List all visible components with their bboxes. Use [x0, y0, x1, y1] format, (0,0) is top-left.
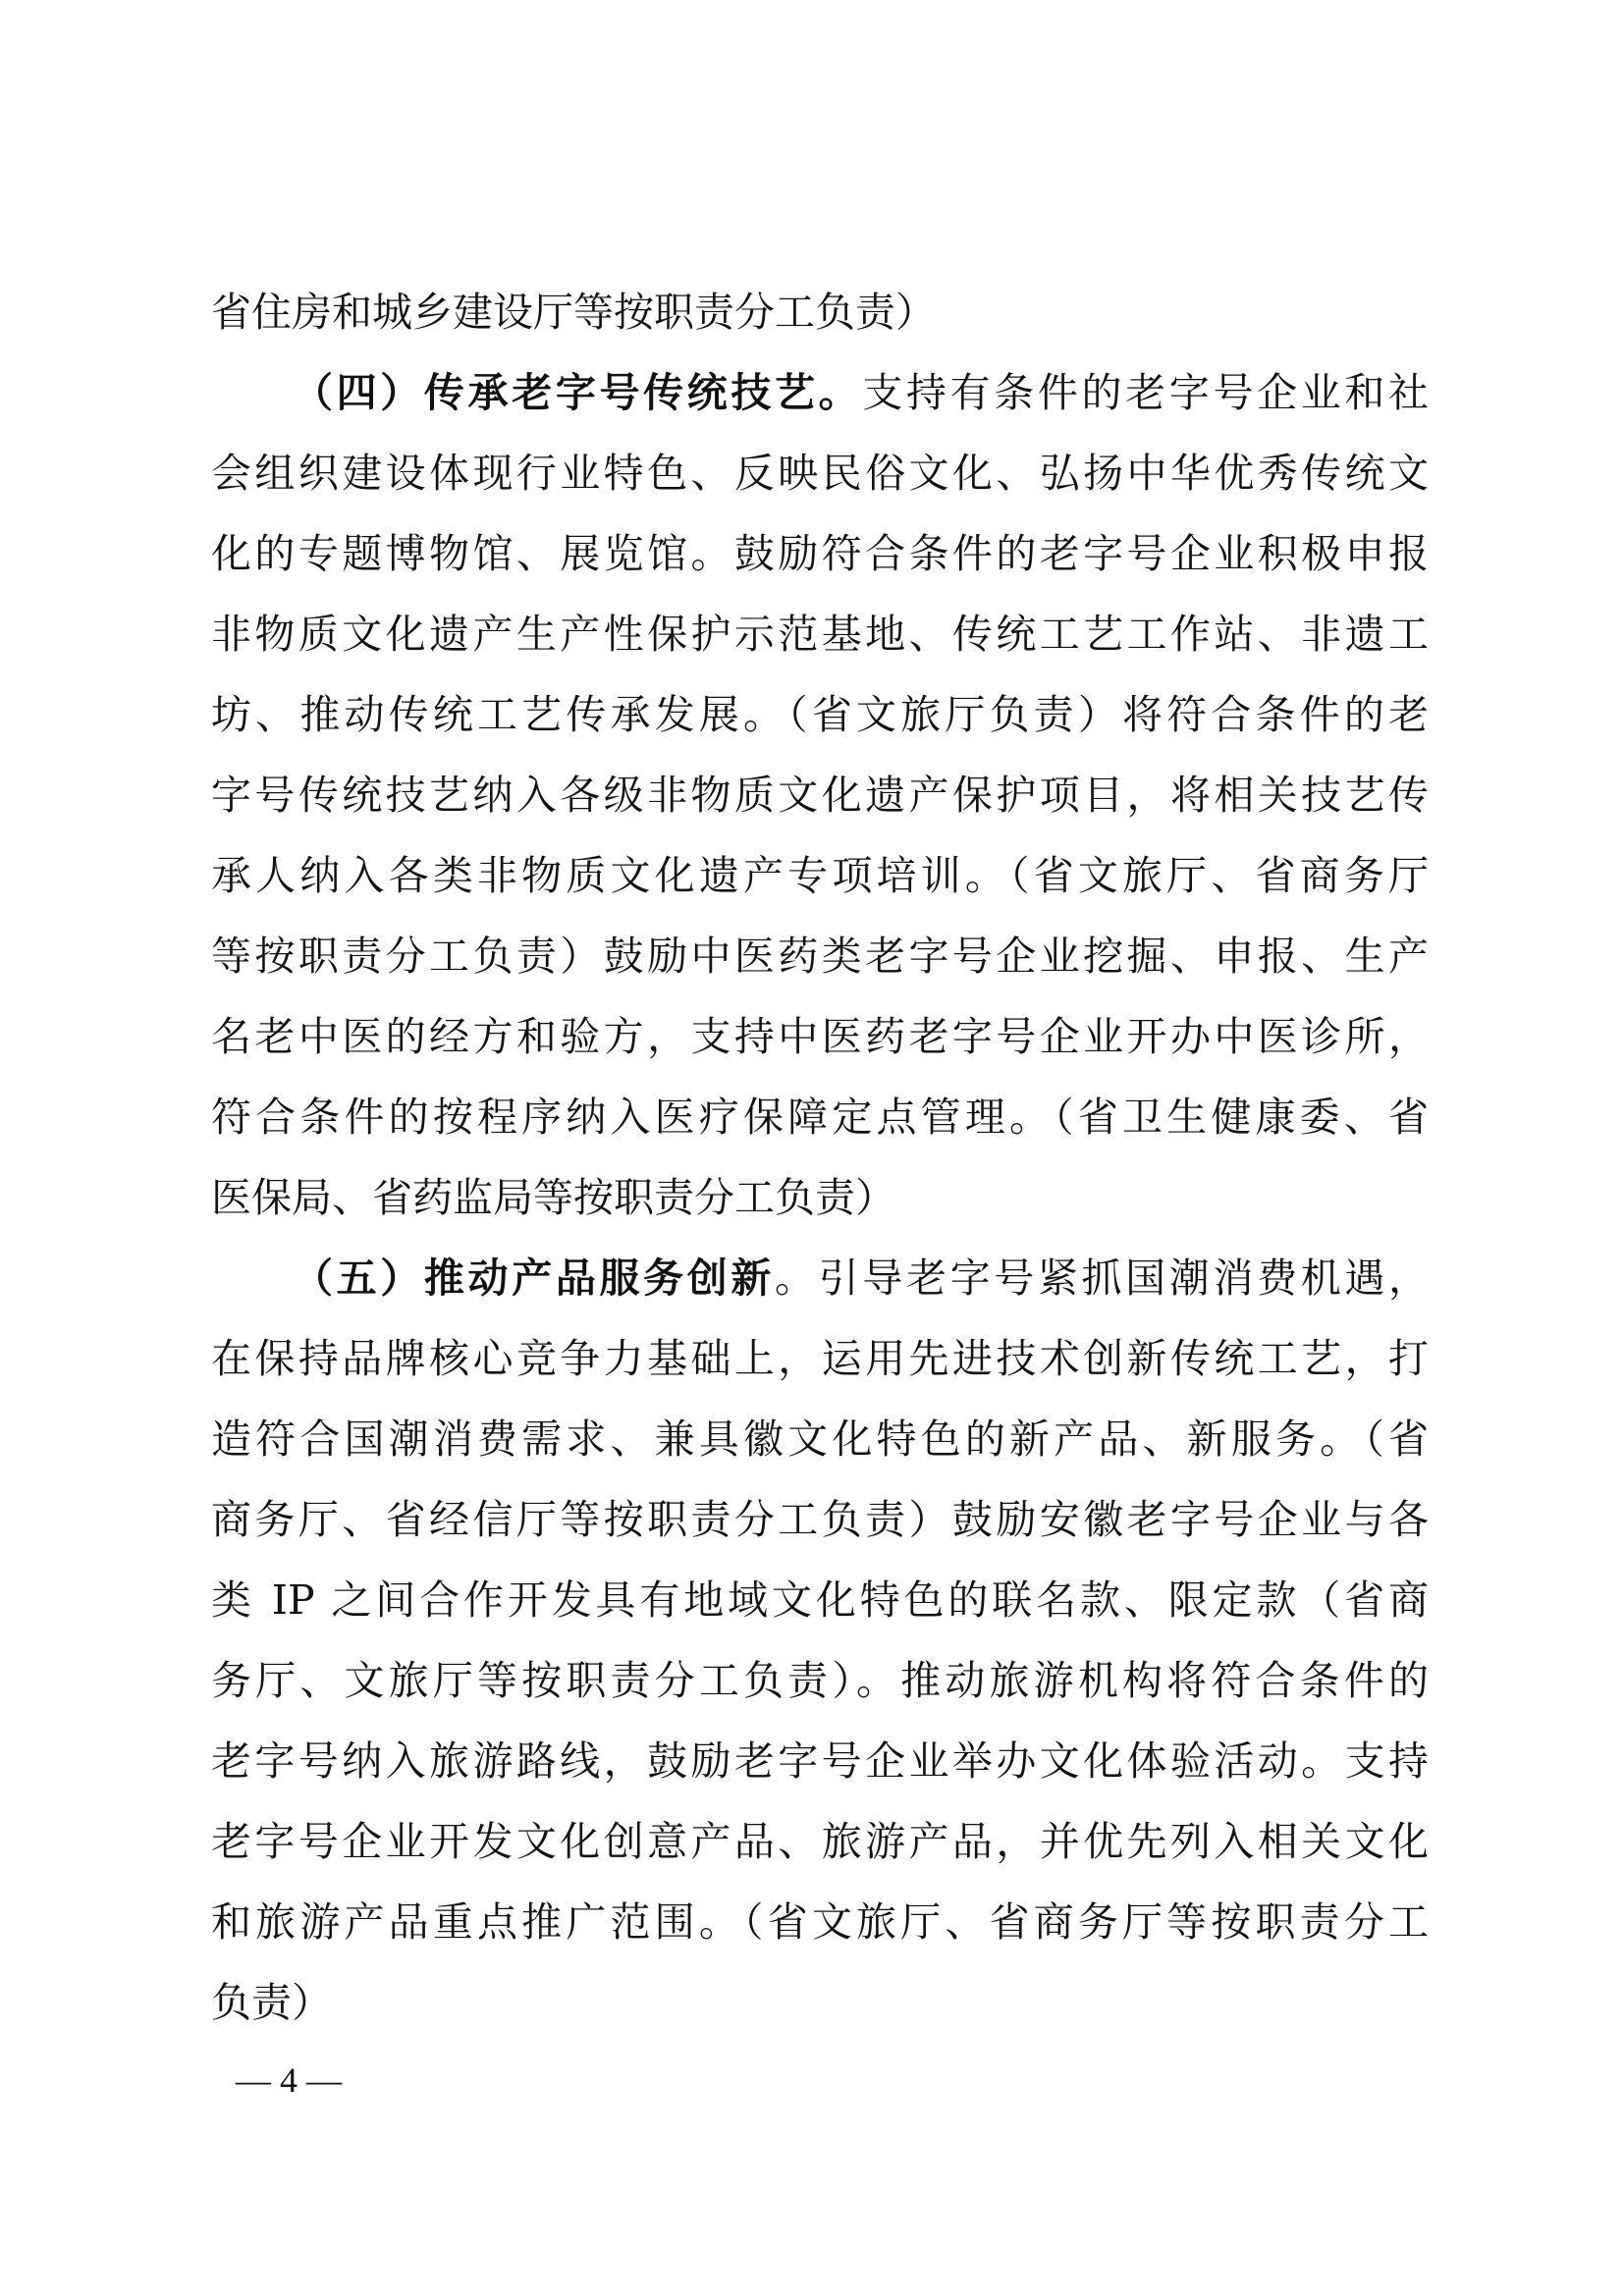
line-text: 坊、推动传统工艺传承发展。（省文旅厅负责）将符合条件的老 — [211, 691, 1429, 738]
text-line: 商务厅、省经信厅等按职责分工负责）鼓励安徽老字号企业与各 — [211, 1490, 1429, 1549]
line-text: 。引导老字号紧抓国潮消费机遇， — [775, 1255, 1429, 1302]
section-heading-4: （四）传承老字号传统技艺。 — [293, 369, 862, 416]
text-line: 坊、推动传统工艺传承发展。（省文旅厅负责）将符合条件的老 — [211, 685, 1429, 744]
line-text: 老字号纳入旅游路线，鼓励老字号企业举办文化体验活动。支持 — [211, 1737, 1429, 1785]
text-line: 负责） — [211, 1973, 1429, 2032]
text-line: 在保持品牌核心竞争力基础上，运用先进技术创新传统工艺，打 — [211, 1329, 1429, 1388]
text-line: 务厅、文旅厅等按职责分工负责）。推动旅游机构将符合条件的 — [211, 1651, 1429, 1710]
text-line: 老字号企业开发文化创意产品、旅游产品，并优先列入相关文化 — [211, 1812, 1429, 1871]
document-page: 省住房和城乡建设厅等按职责分工负责） （四）传承老字号传统技艺。支持有条件的老字… — [0, 0, 1623, 2296]
section-heading-line: （五）推动产品服务创新。引导老字号紧抓国潮消费机遇， — [293, 1249, 1429, 1308]
text-line: 字号传统技艺纳入各级非物质文化遗产保护项目，将相关技艺传 — [211, 766, 1429, 825]
line-text: 会组织建设体现行业特色、反映民俗文化、弘扬中华优秀传统文 — [211, 450, 1429, 497]
text-line: 和旅游产品重点推广范围。（省文旅厅、省商务厅等按职责分工 — [211, 1893, 1429, 1951]
line-text: 符合条件的按程序纳入医疗保障定点管理。（省卫生健康委、省 — [211, 1094, 1429, 1141]
text-line: 化的专题博物馆、展览馆。鼓励符合条件的老字号企业积极申报 — [211, 524, 1429, 583]
line-text: 在保持品牌核心竞争力基础上，运用先进技术创新传统工艺，打 — [211, 1335, 1429, 1382]
text-line: 会组织建设体现行业特色、反映民俗文化、弘扬中华优秀传统文 — [211, 444, 1429, 503]
line-text: 医保局、省药监局等按职责分工负责） — [211, 1174, 895, 1221]
text-line: 承人纳入各类非物质文化遗产专项培训。（省文旅厅、省商务厅 — [211, 846, 1429, 905]
line-text: 老字号企业开发文化创意产品、旅游产品，并优先列入相关文化 — [211, 1818, 1429, 1865]
page-number: — 4 — — [236, 2056, 342, 2105]
line-text: 化的专题博物馆、展览馆。鼓励符合条件的老字号企业积极申报 — [211, 530, 1429, 577]
line-text: 承人纳入各类非物质文化遗产专项培训。（省文旅厅、省商务厅 — [211, 852, 1429, 899]
line-text: 造符合国潮消费需求、兼具徽文化特色的新产品、新服务。（省 — [211, 1415, 1429, 1463]
text-line: 符合条件的按程序纳入医疗保障定点管理。（省卫生健康委、省 — [211, 1088, 1429, 1147]
line-text: 字号传统技艺纳入各级非物质文化遗产保护项目，将相关技艺传 — [211, 772, 1429, 819]
line-text: 支持有条件的老字号企业和社 — [862, 369, 1429, 416]
line-text: 和旅游产品重点推广范围。（省文旅厅、省商务厅等按职责分工 — [211, 1898, 1429, 1946]
text-line: 医保局、省药监局等按职责分工负责） — [211, 1168, 1429, 1227]
text-line: 老字号纳入旅游路线，鼓励老字号企业举办文化体验活动。支持 — [211, 1732, 1429, 1790]
text-line: 非物质文化遗产生产性保护示范基地、传统工艺工作站、非遗工 — [211, 605, 1429, 664]
line-text: 等按职责分工负责）鼓励中医药类老字号企业挖掘、申报、生产 — [211, 933, 1429, 980]
section-heading-line: （四）传承老字号传统技艺。支持有条件的老字号企业和社 — [293, 363, 1429, 422]
text-line: 省住房和城乡建设厅等按职责分工负责） — [211, 283, 1429, 342]
line-text: 类 IP 之间合作开发具有地域文化特色的联名款、限定款（省商 — [211, 1576, 1429, 1624]
text-line: 等按职责分工负责）鼓励中医药类老字号企业挖掘、申报、生产 — [211, 927, 1429, 986]
text-line: 名老中医的经方和验方，支持中医药老字号企业开办中医诊所， — [211, 1007, 1429, 1066]
text-line: 造符合国潮消费需求、兼具徽文化特色的新产品、新服务。（省 — [211, 1410, 1429, 1468]
line-text: 负责） — [211, 1979, 332, 2026]
line-text: 商务厅、省经信厅等按职责分工负责）鼓励安徽老字号企业与各 — [211, 1496, 1429, 1543]
text-line: 类 IP 之间合作开发具有地域文化特色的联名款、限定款（省商 — [211, 1571, 1429, 1629]
line-text: 务厅、文旅厅等按职责分工负责）。推动旅游机构将符合条件的 — [211, 1657, 1429, 1704]
line-text: 名老中医的经方和验方，支持中医药老字号企业开办中医诊所， — [211, 1013, 1429, 1060]
line-text: 省住房和城乡建设厅等按职责分工负责） — [211, 289, 936, 336]
line-text: 非物质文化遗产生产性保护示范基地、传统工艺工作站、非遗工 — [211, 611, 1429, 658]
section-heading-5: （五）推动产品服务创新 — [293, 1255, 775, 1302]
